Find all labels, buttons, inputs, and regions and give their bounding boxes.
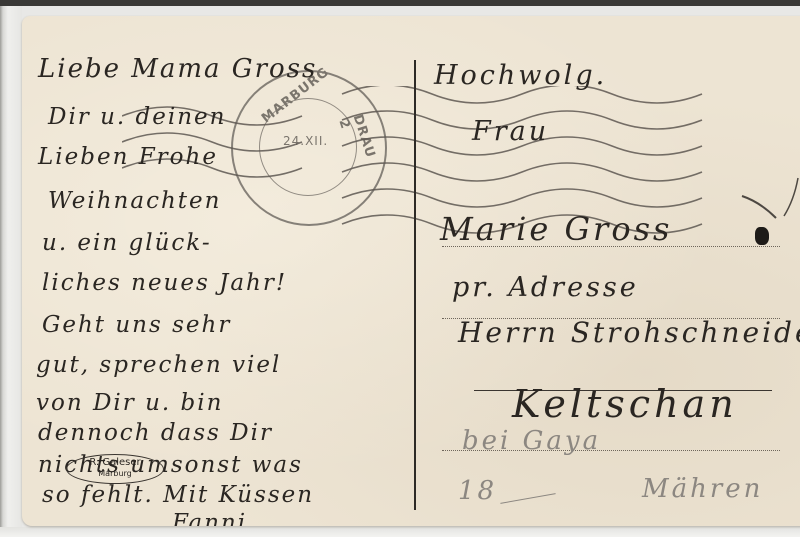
address-line-1 [442,246,780,247]
message-line: Lieben Frohe [38,144,218,170]
message-address-divider [414,60,416,510]
pencil-note-region: bei Gaya [462,426,601,456]
message-line: Weihnachten [48,188,221,214]
message-signature: Fanni [172,510,247,526]
address-salutation: Hochwolg. [434,60,607,91]
message-line: so fehlt. Mit Küssen [42,482,314,508]
postcard: MARBURG DRAU 2 24.XII. Liebe Mama Gross … [22,16,800,526]
message-line: Liebe Mama Gross [38,54,317,84]
message-line: Dir u. deinen [48,104,226,130]
plastic-sleeve-edge [0,6,22,537]
message-line: Geht uns sehr [42,312,231,338]
address-host: Herrn Strohschneider [458,316,800,349]
dealer-stamp-city: Marburg [67,469,163,479]
pencil-dash [500,493,555,504]
scan-edge-top [0,0,800,6]
message-line: liches neues Jahr! [42,270,287,296]
dealer-stamp: R. Galeser Marburg [66,454,164,484]
address-care-of: pr. Adresse [452,272,639,303]
pencil-note-number: 18 [458,476,497,506]
pencil-note-province: Mähren [642,474,763,504]
ink-blot [755,227,769,245]
message-line: gut, sprechen viel [36,352,281,378]
dealer-stamp-name: R. Galeser [67,457,163,469]
address-name: Marie Gross [440,210,672,248]
plastic-sleeve-bottom [0,527,800,537]
message-line: von Dir u. bin [36,390,223,416]
message-line: dennoch dass Dir [38,420,273,446]
message-line: u. ein glück- [42,230,212,256]
address-title: Frau [472,116,549,147]
address-town: Keltschan [512,382,738,426]
